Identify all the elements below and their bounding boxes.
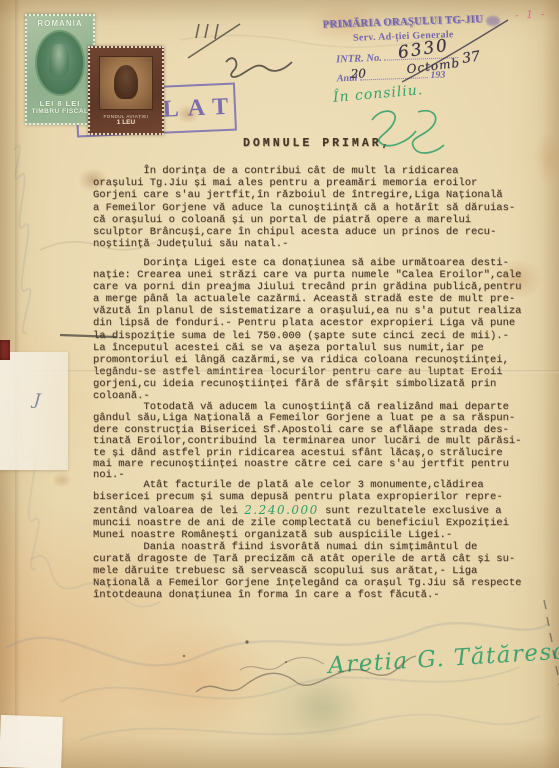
- fiscal-stamp-kind: TIMBRU FISCAL: [27, 108, 93, 115]
- ink-speck: [285, 661, 287, 663]
- pencil-scribble: [226, 58, 292, 77]
- fiscal-stamp: ROMANIA LEI 8 LEI TIMBRU FISCAL: [25, 14, 95, 125]
- bleedthrough-squiggle: [80, 715, 540, 740]
- aviator-portrait: [99, 56, 153, 110]
- green-paraph: [413, 111, 444, 153]
- paragraph-1: În dorința de a contribui cât de mult la…: [93, 165, 538, 250]
- paper-stain: [290, 678, 360, 738]
- wax-seal-fragment: [0, 340, 10, 360]
- fiscal-stamp-value: LEI 8 LEI: [27, 99, 93, 108]
- salutation-heading: DOMNULE PRIMAR,: [243, 137, 392, 150]
- paragraph-5: Dania noastră fiind isvorâtă numai din s…: [93, 541, 538, 601]
- paper-crease-horizontal: [0, 370, 559, 373]
- document-page: ANULAT ROMANIA LEI 8 LEI TIMBRU FISCAL F…: [0, 0, 559, 768]
- registry-stamp: PRIMĂRIA ORAȘULUI TG-JIU Serv. Ad-ției G…: [309, 13, 498, 97]
- paper-stain: [52, 472, 72, 488]
- fiscal-stamp-country: ROMANIA: [27, 19, 93, 28]
- paragraph-3: Totodată vă aducem la cunoștiință că rea…: [93, 402, 538, 482]
- pencil-squiggle: [240, 657, 324, 670]
- amount-handwritten: 2.240.000: [244, 503, 319, 517]
- paper-stain: [120, 620, 280, 740]
- aviation-stamp-value: 1 LEU: [90, 119, 162, 126]
- page-number-mark: - 1 -: [515, 7, 547, 22]
- ink-speck: [245, 640, 248, 643]
- ink-speck: [183, 655, 185, 657]
- registry-entry-label: INTR. No.: [336, 53, 382, 66]
- pencil-scribble: [188, 24, 240, 58]
- registry-day: 20: [350, 66, 366, 81]
- king-portrait: [35, 30, 85, 96]
- aviation-stamp: FONDUL AVIAȚIEI 1 LEU: [88, 46, 164, 135]
- tape-mark-letter: J: [33, 390, 41, 409]
- registry-year: 37: [461, 48, 481, 66]
- bleedthrough-squiggle: [60, 667, 520, 702]
- signature-handwritten: Aretia G. Tătărescu: [327, 639, 558, 679]
- paragraph-4: Atât facturile de plată ale celor 3 monu…: [93, 479, 538, 541]
- stamp-smudge: [486, 16, 500, 26]
- tape-patch-left: J: [0, 352, 68, 470]
- paragraph-2: Dorința Ligei este ca donațiunea să aibe…: [93, 257, 538, 402]
- tape-patch-bottom: [0, 715, 63, 768]
